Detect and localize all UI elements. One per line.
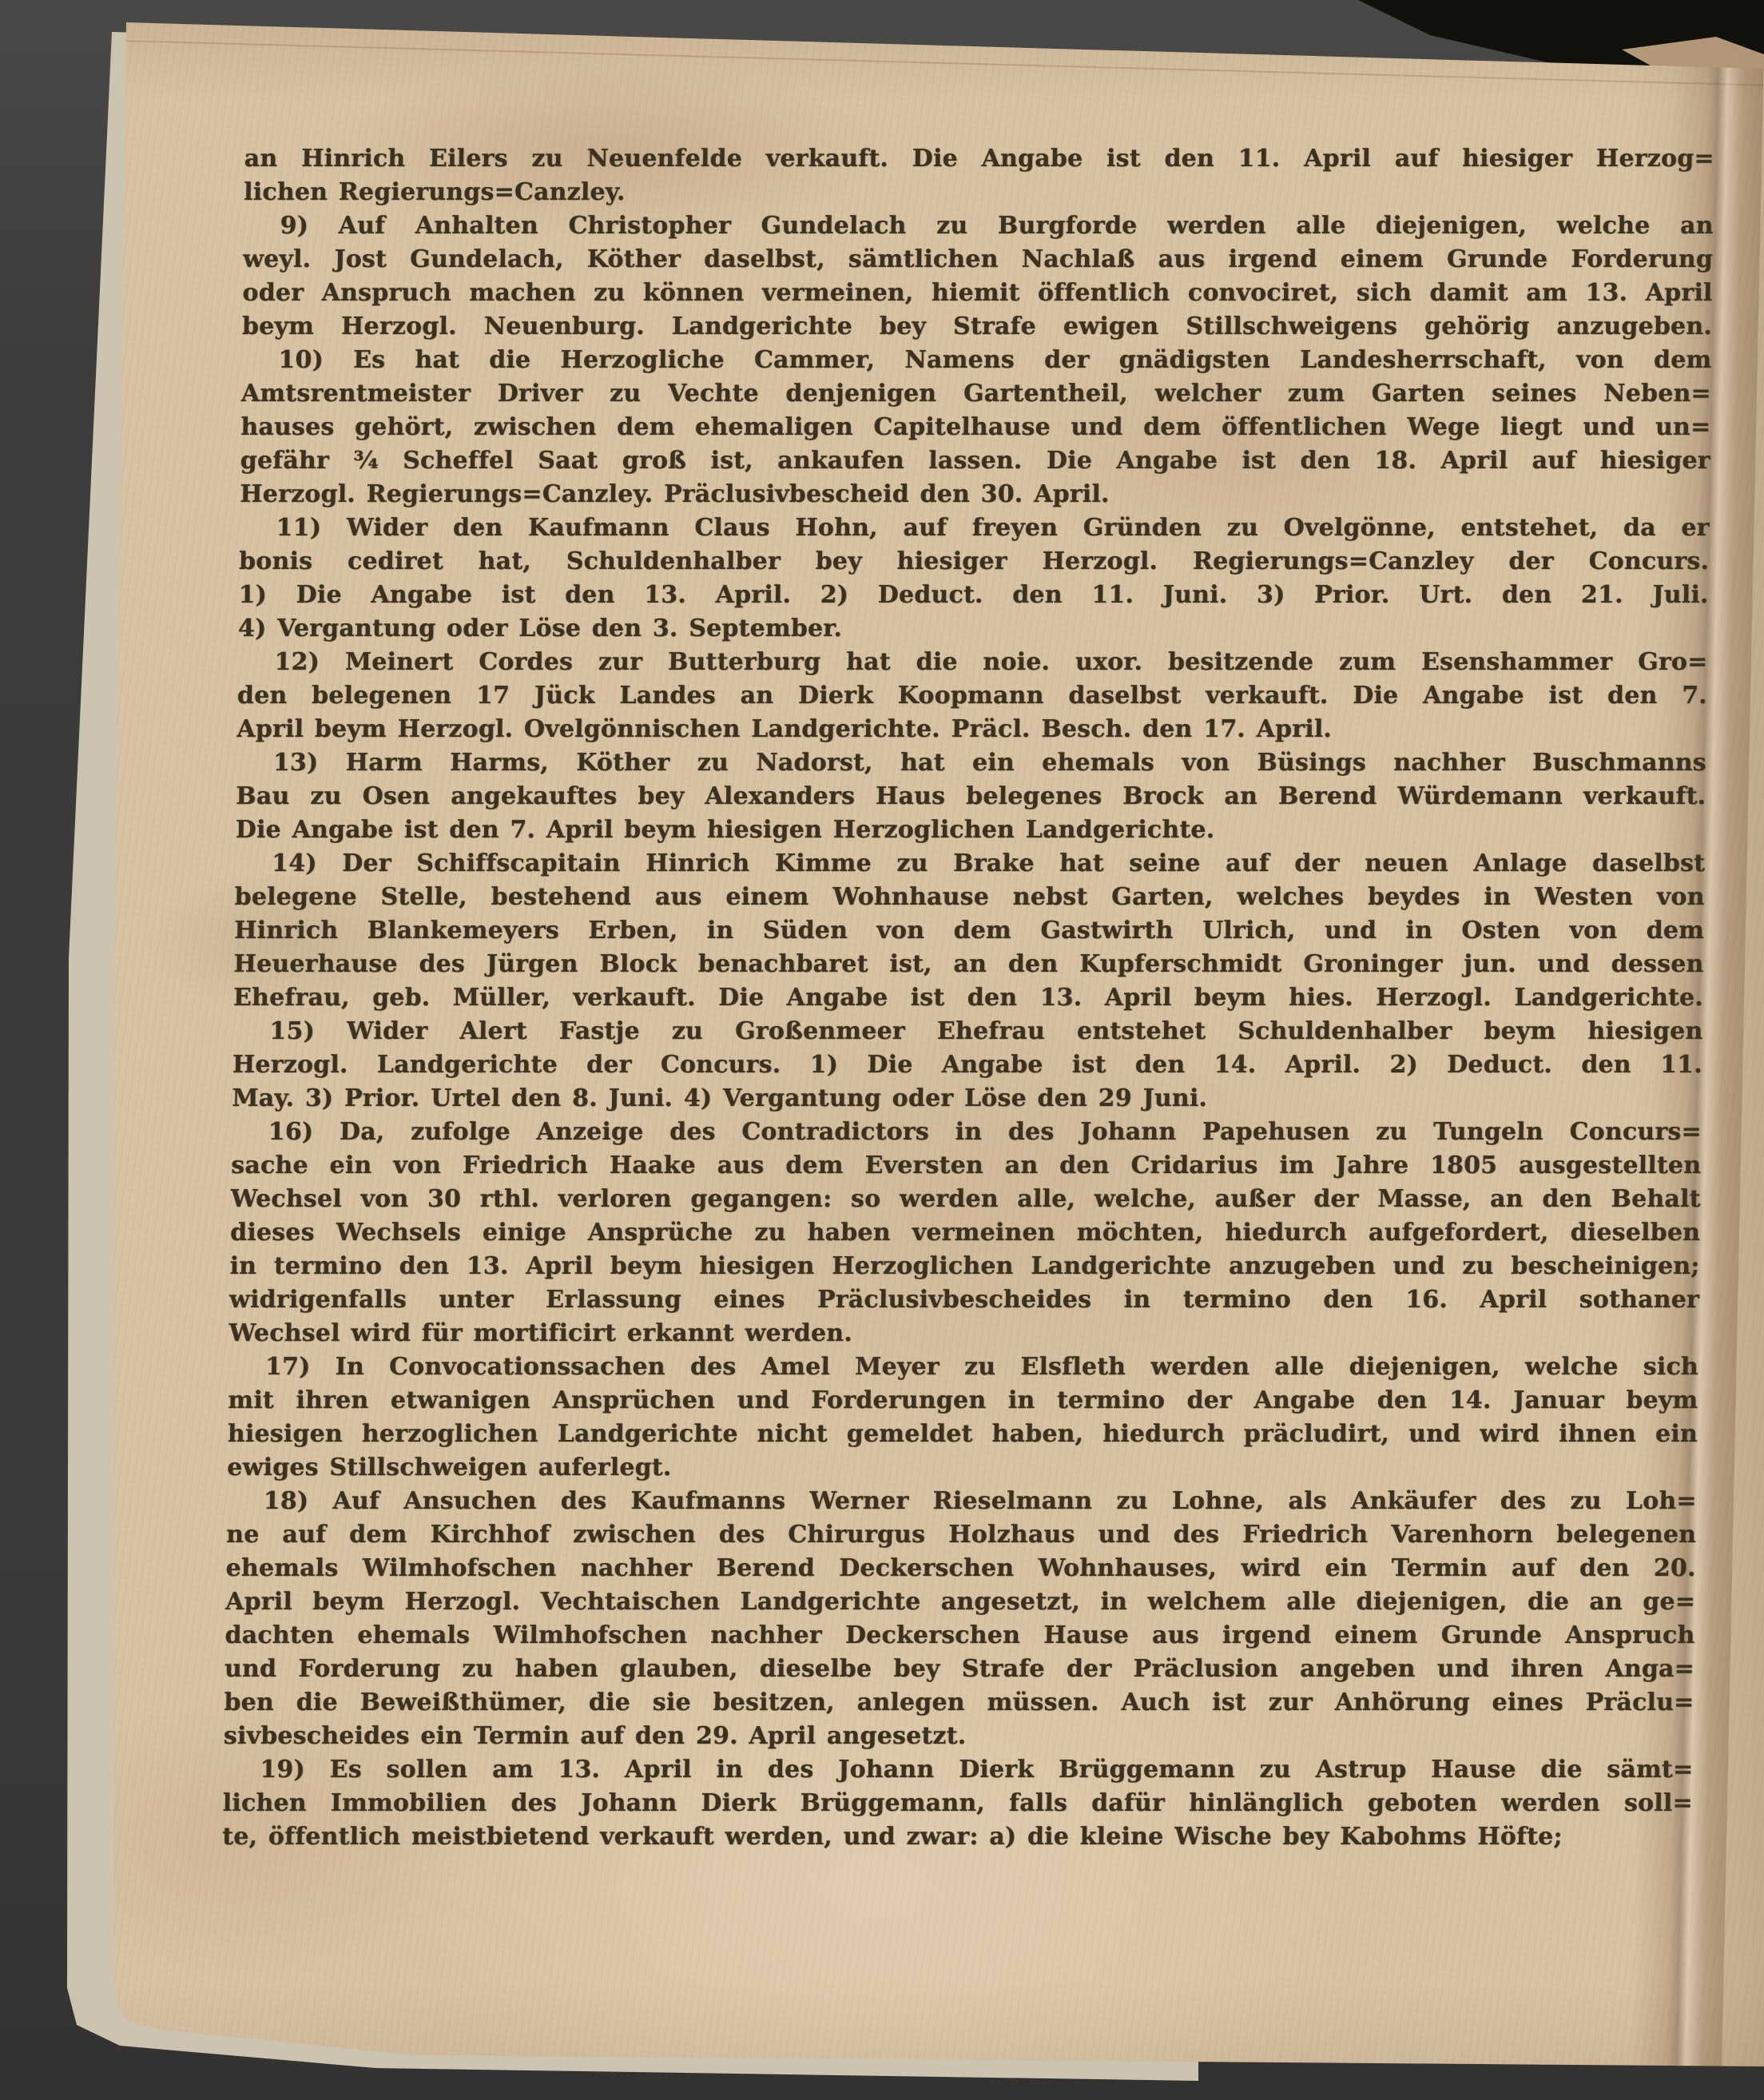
text-line: 11) Wider den Kaufmann Claus Hohn, auf f…: [239, 511, 1710, 545]
paragraph-19: 19) Es sollen am 13. April in des Johann…: [222, 1753, 1694, 1854]
text-line: dachten ehemals Wilmhofschen nachher Dec…: [224, 1619, 1695, 1653]
text-line: Amtsrentmeister Driver zu Vechte denjeni…: [241, 377, 1712, 411]
text-line: sivbescheides ein Termin auf den 29. Apr…: [224, 1720, 1694, 1753]
text-line: Ehefrau, geb. Müller, verkauft. Die Anga…: [233, 981, 1704, 1015]
paragraph-14: 14) Der Schiffscapitain Hinrich Kimme zu…: [233, 847, 1706, 1015]
paragraph-15: 15) Wider Alert Fastje zu Großenmeer Ehe…: [232, 1015, 1703, 1116]
text-line: 17) In Convocationssachen des Amel Meyer…: [228, 1350, 1699, 1384]
text-line: Wechsel von 30 rthl. verloren gegangen: …: [230, 1183, 1701, 1216]
text-line: 9) Auf Anhalten Christopher Gundelach zu…: [243, 209, 1714, 243]
text-line: hiesigen herzoglichen Landgerichte nicht…: [228, 1418, 1698, 1451]
text-line: 18) Auf Ansuchen des Kaufmanns Werner Ri…: [226, 1485, 1697, 1518]
text-line: ewiges Stillschweigen auferlegt.: [227, 1451, 1698, 1485]
paragraph-18: 18) Auf Ansuchen des Kaufmanns Werner Ri…: [224, 1485, 1697, 1753]
scan-canvas: { "palette": { "background": "#3e3d3b", …: [0, 0, 1764, 2100]
text-line: dieses Wechsels einige Ansprüche zu habe…: [230, 1216, 1701, 1250]
text-line: belegene Stelle, bestehend aus einem Woh…: [234, 881, 1705, 914]
text-line: in termino den 13. April beym hiesigen H…: [229, 1250, 1700, 1283]
text-line: an Hinrich Eilers zu Neuenfelde verkauft…: [244, 142, 1714, 176]
text-line: 16) Da, zufolge Anzeige des Contradictor…: [232, 1116, 1702, 1149]
scanned-page: an Hinrich Eilers zu Neuenfelde verkauft…: [0, 0, 1764, 2100]
text-line: 1) Die Angabe ist den 13. April. 2) Dedu…: [238, 579, 1709, 612]
text-line: ne auf dem Kirchhof zwischen des Chirurg…: [226, 1518, 1697, 1552]
text-line: oder Anspruch machen zu können vermeinen…: [242, 276, 1713, 310]
text-line: und Forderung zu haben glauben, dieselbe…: [224, 1653, 1695, 1686]
paragraph-continuation: an Hinrich Eilers zu Neuenfelde verkauft…: [244, 142, 1714, 209]
text-line: ben die Beweißthümer, die sie besitzen, …: [224, 1686, 1694, 1720]
text-line: mit ihren etwanigen Ansprüchen und Forde…: [228, 1384, 1698, 1418]
text-line: 14) Der Schiffscapitain Hinrich Kimme zu…: [235, 847, 1706, 881]
text-line: Die Angabe ist den 7. April beym hiesige…: [235, 813, 1706, 847]
text-line: den belegenen 17 Jück Landes an Dierk Ko…: [237, 679, 1708, 713]
text-line: lichen Regierungs=Canzley.: [244, 176, 1714, 209]
text-line: weyl. Jost Gundelach, Köther daselbst, s…: [243, 243, 1714, 276]
paragraph-9: 9) Auf Anhalten Christopher Gundelach zu…: [242, 209, 1714, 344]
paragraph-13: 13) Harm Harms, Köther zu Nadorst, hat e…: [235, 746, 1706, 847]
text-line: sache ein von Friedrich Haake aus dem Ev…: [231, 1149, 1702, 1183]
text-block: an Hinrich Eilers zu Neuenfelde verkauft…: [222, 142, 1714, 1854]
text-line: 12) Meinert Cordes zur Butterburg hat di…: [237, 646, 1708, 679]
text-line: 15) Wider Alert Fastje zu Großenmeer Ehe…: [232, 1015, 1703, 1048]
text-line: Hinrich Blankemeyers Erben, in Süden von…: [234, 914, 1705, 948]
text-line: May. 3) Prior. Urtel den 8. Juni. 4) Ver…: [232, 1082, 1702, 1116]
paragraph-16: 16) Da, zufolge Anzeige des Contradictor…: [228, 1116, 1702, 1350]
text-line: April beym Herzogl. Ovelgönnischen Landg…: [236, 713, 1707, 746]
text-line: beym Herzogl. Neuenburg. Landgerichte be…: [242, 310, 1713, 344]
text-line: hauses gehört, zwischen dem ehemaligen C…: [240, 411, 1711, 444]
text-line: Herzogl. Landgerichte der Concurs. 1) Di…: [232, 1048, 1703, 1082]
text-line: April beym Herzogl. Vechtaischen Landger…: [225, 1585, 1696, 1619]
paragraph-10: 10) Es hat die Herzogliche Cammer, Namen…: [240, 344, 1712, 511]
text-line: 13) Harm Harms, Köther zu Nadorst, hat e…: [236, 746, 1707, 780]
text-line: 10) Es hat die Herzogliche Cammer, Namen…: [241, 344, 1712, 377]
text-line: 19) Es sollen am 13. April in des Johann…: [223, 1753, 1694, 1787]
paragraph-17: 17) In Convocationssachen des Amel Meyer…: [227, 1350, 1698, 1485]
text-line: Herzogl. Regierungs=Canzley. Präclusivbe…: [240, 478, 1710, 511]
text-line: widrigenfalls unter Erlassung eines Präc…: [229, 1283, 1700, 1317]
text-line: Heuerhause des Jürgen Block benachbaret …: [233, 948, 1704, 981]
text-line: bonis cediret hat, Schuldenhalber bey hi…: [239, 545, 1710, 579]
text-line: te, öffentlich meistbietend verkauft wer…: [222, 1820, 1693, 1854]
text-line: Wechsel wird für mortificirt erkannt wer…: [228, 1317, 1699, 1350]
text-line: gefähr ¾ Scheffel Saat groß ist, ankaufe…: [240, 444, 1711, 478]
text-line: lichen Immobilien des Johann Dierk Brügg…: [223, 1787, 1694, 1820]
text-line: Bau zu Osen angekauftes bey Alexanders H…: [236, 780, 1706, 813]
paragraph-12: 12) Meinert Cordes zur Butterburg hat di…: [236, 646, 1708, 746]
text-line: 4) Vergantung oder Löse den 3. September…: [238, 612, 1709, 646]
paragraph-11: 11) Wider den Kaufmann Claus Hohn, auf f…: [238, 511, 1710, 646]
text-line: ehemals Wilmhofschen nachher Berend Deck…: [225, 1552, 1696, 1585]
